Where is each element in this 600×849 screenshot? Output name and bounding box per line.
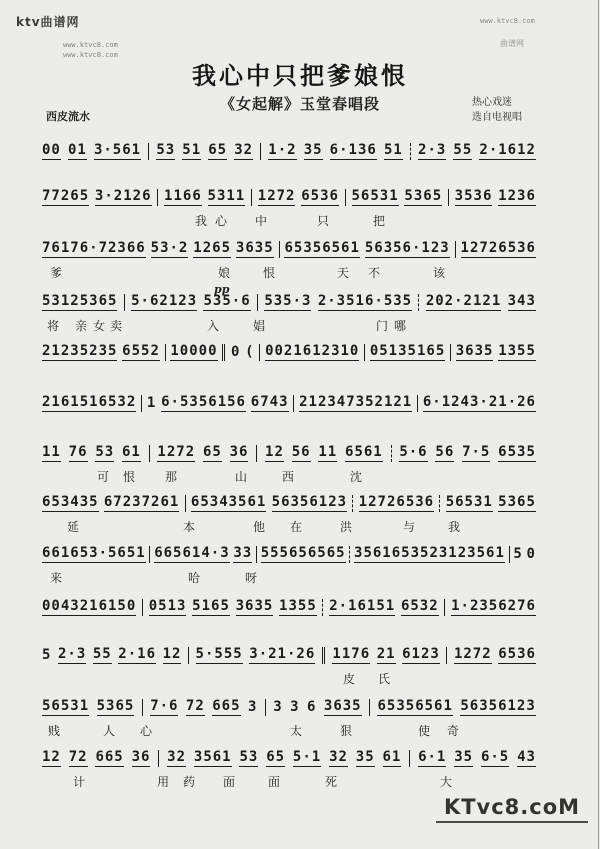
lyric-syllable: 氏 xyxy=(378,670,390,687)
lyrics-line-9: 来哈呀 xyxy=(0,569,600,585)
note-group: 1355 xyxy=(498,343,536,361)
note-group: 56 xyxy=(292,444,311,462)
note-group: 53125365 xyxy=(42,293,117,311)
lyric-syllable: 皮 xyxy=(343,670,355,687)
tempo-marking: 西皮流水 xyxy=(46,108,90,124)
note-group: 0 xyxy=(231,344,240,361)
barline xyxy=(256,445,257,462)
lyric-syllable: 西 xyxy=(282,468,294,485)
note-group: 56356123 xyxy=(460,698,535,716)
note-group: 6·5356156 xyxy=(161,394,246,412)
note-group: 1272 xyxy=(157,444,195,462)
note-group: 665 xyxy=(95,749,123,767)
barline xyxy=(345,189,346,206)
note-group: 76176·72366 xyxy=(42,240,146,258)
lyric-syllable: 药 xyxy=(183,773,195,790)
credits-block: 热心戏迷 选自电视唱 xyxy=(472,95,522,125)
lyric-syllable: 呀 xyxy=(245,569,257,586)
barline xyxy=(509,546,510,563)
barline xyxy=(185,495,186,512)
note-group: 5·555 xyxy=(196,646,243,664)
lyric-syllable: 亲 xyxy=(75,317,87,334)
note-group: 1·2 xyxy=(268,142,296,160)
note-group: 65 xyxy=(208,142,227,160)
music-line-11: 52·3552·16125·5553·21·261176216123127265… xyxy=(42,646,536,664)
barline xyxy=(450,344,451,361)
barline xyxy=(148,143,149,160)
note-group: 65356561 xyxy=(284,240,359,258)
note-group: 32 xyxy=(167,749,186,767)
barline xyxy=(251,189,252,206)
note-group: 3635 xyxy=(324,698,362,716)
barline xyxy=(417,395,418,412)
barline xyxy=(439,495,440,512)
note-group: 3 xyxy=(273,699,282,716)
music-line-4: 531253655·62123535·6535·32·3516·535202·2… xyxy=(42,293,536,311)
note-group: 6743 xyxy=(251,394,289,412)
lyric-syllable: 入 xyxy=(207,317,219,334)
lyrics-line-3: 爹娘恨天不该 xyxy=(0,264,600,280)
note-group: 05135165 xyxy=(370,343,445,361)
note-group: 2·3 xyxy=(418,142,446,160)
note-group: 56531 xyxy=(352,188,399,206)
lyric-syllable: 洪 xyxy=(340,518,352,535)
note-group: 01 xyxy=(68,142,87,160)
barline xyxy=(257,294,258,311)
note-group: 72 xyxy=(186,698,205,716)
note-group: 56356123 xyxy=(272,494,347,512)
note-group: 6536 xyxy=(498,646,536,664)
note-group: 12 xyxy=(42,749,61,767)
note-group: 5365 xyxy=(97,698,135,716)
note-group: 32 xyxy=(329,749,348,767)
lyric-syllable: 他 xyxy=(253,518,265,535)
note-group: 55 xyxy=(93,646,112,664)
note-group: 1166 xyxy=(164,188,202,206)
barline xyxy=(142,699,143,716)
lyric-syllable: 贱 xyxy=(48,722,60,739)
note-group: 65343561 xyxy=(191,494,266,512)
note-group: 3635 xyxy=(236,240,274,258)
lyric-syllable: 将 xyxy=(47,317,59,334)
note-group: 2·3 xyxy=(58,646,86,664)
note-group: 7·5 xyxy=(462,444,490,462)
lyric-syllable: 中 xyxy=(255,212,267,229)
note-group: 1176 xyxy=(332,646,370,664)
note-group: 56356·123 xyxy=(365,240,450,258)
note-group: 343 xyxy=(508,293,536,311)
lyrics-line-12: 贱人心太狠使奇 xyxy=(0,722,600,738)
note-group: 1236 xyxy=(498,188,536,206)
note-group: 3·21·26 xyxy=(249,646,315,664)
lyric-syllable: 门 xyxy=(376,317,388,334)
lyric-syllable: 只 xyxy=(317,212,329,229)
note-group: 61 xyxy=(122,444,141,462)
note-group: 35 xyxy=(304,142,323,160)
note-group: 535·3 xyxy=(264,293,311,311)
music-line-6: 216151653216·535615667432123473521216·12… xyxy=(42,394,536,412)
lyric-syllable: 该 xyxy=(433,264,445,281)
barline xyxy=(165,344,166,361)
note-group: 12726536 xyxy=(359,494,434,512)
lyric-syllable: 哪 xyxy=(394,317,406,334)
barline xyxy=(279,241,280,258)
note-group: 3561653523123561 xyxy=(354,545,505,563)
site-url-line1: www.ktvc8.com xyxy=(63,40,118,50)
lyric-syllable: 在 xyxy=(290,518,302,535)
lyric-syllable: 计 xyxy=(73,773,85,790)
note-group: 5·6 xyxy=(399,444,427,462)
note-group: 56531 xyxy=(42,698,89,716)
barline xyxy=(188,647,189,664)
note-group: 56 xyxy=(435,444,454,462)
note-group: 1 xyxy=(147,395,156,412)
note-group: 653435 xyxy=(42,494,99,512)
note-group: 661653·5651 xyxy=(42,545,146,563)
lyrics-line-8: 延本他在洪与我 xyxy=(0,518,600,534)
note-group: 6535 xyxy=(498,444,536,462)
lyrics-line-11: 皮氏 xyxy=(0,670,600,686)
lyric-syllable: 恨 xyxy=(123,468,135,485)
note-group: 5365 xyxy=(404,188,442,206)
lyric-syllable: 那 xyxy=(165,468,177,485)
music-line-13: 12726653632356153655·13235616·1356·543 xyxy=(42,749,536,767)
note-group: 0021612310 xyxy=(265,343,359,361)
note-group: 6·5 xyxy=(481,749,509,767)
note-group: 535·6 xyxy=(203,293,250,311)
note-group: 5·62123 xyxy=(131,293,197,311)
note-group: 665 xyxy=(212,698,240,716)
lyrics-line-7: 可恨那山西沈 xyxy=(0,468,600,484)
barline xyxy=(260,143,261,160)
lyric-syllable: 来 xyxy=(50,569,62,586)
barline xyxy=(369,699,370,716)
barline xyxy=(293,395,294,412)
note-group: 3635 xyxy=(456,343,494,361)
music-line-1: 00013·561535165321·2356·136512·3552·1612 xyxy=(42,142,536,160)
note-group: 6 xyxy=(307,699,316,716)
note-group: 12 xyxy=(265,444,284,462)
note-group: 35 xyxy=(454,749,473,767)
barline xyxy=(349,546,350,563)
note-group: 3 xyxy=(290,699,299,716)
barline xyxy=(157,189,158,206)
lyrics-line-13: 计用药面面死大 xyxy=(0,773,600,789)
note-group: 12726536 xyxy=(461,240,536,258)
note-group: 51 xyxy=(182,142,201,160)
lyric-syllable: 奇 xyxy=(447,722,459,739)
lyric-syllable: 我 xyxy=(448,518,460,535)
music-line-10: 004321615005135165363513552·1615165321·2… xyxy=(42,598,536,616)
lyric-syllable: 太 xyxy=(290,722,302,739)
credit-line1: 热心戏迷 xyxy=(472,95,522,110)
lyrics-line-4: 将亲女卖入娼门哪 xyxy=(0,317,600,333)
note-group: 67237261 xyxy=(104,494,179,512)
barline xyxy=(446,647,447,664)
music-line-3: 76176·7236653·2126536356535656156356·123… xyxy=(42,240,536,258)
note-group: 2·16151 xyxy=(329,598,395,616)
top-right-url-watermark: www.ktvc8.com xyxy=(480,17,535,25)
lyric-syllable: 使 xyxy=(418,722,430,739)
note-group: 3536 xyxy=(455,188,493,206)
barline xyxy=(448,189,449,206)
barline xyxy=(124,294,125,311)
lyric-syllable: 心 xyxy=(140,722,152,739)
lyric-syllable: 把 xyxy=(373,212,385,229)
lyric-syllable: 狠 xyxy=(340,722,352,739)
note-group: 33 xyxy=(233,545,252,563)
note-group: 202·2121 xyxy=(426,293,501,311)
note-group: 11 xyxy=(318,444,337,462)
lyric-syllable: 哈 xyxy=(188,569,200,586)
note-group: 65356561 xyxy=(377,698,452,716)
lyric-syllable: 我 xyxy=(195,212,207,229)
sheet-music-page: ktv曲谱网 www.ktvc8.com www.ktvc8.com www.k… xyxy=(0,0,600,849)
note-group: 665614·3 xyxy=(154,545,229,563)
note-group: ( xyxy=(245,344,254,361)
note-group: 1·2356276 xyxy=(451,598,536,616)
barline xyxy=(410,143,411,160)
lyric-syllable: 面 xyxy=(268,773,280,790)
barline xyxy=(158,750,159,767)
note-group: 5365 xyxy=(498,494,536,512)
music-line-7: 117653611272653612561165615·6567·56535 xyxy=(42,444,536,462)
note-group: 72 xyxy=(69,749,88,767)
note-group: 6561 xyxy=(345,444,383,462)
note-group: 53 xyxy=(239,749,258,767)
lyric-syllable: 不 xyxy=(368,264,380,281)
note-group: 65 xyxy=(266,749,285,767)
note-group: 00 xyxy=(42,142,61,160)
lyric-syllable: 人 xyxy=(103,722,115,739)
barline xyxy=(352,495,353,512)
music-line-5: 212352356552100000(002161231005135165363… xyxy=(42,343,536,361)
note-group: 76 xyxy=(69,444,88,462)
note-group: 2·3516·535 xyxy=(318,293,412,311)
song-title: 我心中只把爹娘恨 xyxy=(0,56,600,91)
note-group: 1272 xyxy=(258,188,296,206)
barline xyxy=(418,294,419,311)
note-group: 61 xyxy=(383,749,402,767)
note-group: 555656565 xyxy=(261,545,346,563)
lyric-syllable: 本 xyxy=(183,518,195,535)
note-group: 1265 xyxy=(193,240,231,258)
note-group: 212347352121 xyxy=(299,394,412,412)
lyrics-line-2: 我心中只把 xyxy=(0,212,600,228)
note-group: 5 xyxy=(513,546,522,563)
note-group: 2·16 xyxy=(118,646,156,664)
barline xyxy=(141,395,142,412)
note-group: 11 xyxy=(42,444,61,462)
note-group: 0 xyxy=(527,546,536,563)
music-line-9: 661653·5651665614·3335556565653561653523… xyxy=(42,545,536,563)
lyric-syllable: 可 xyxy=(97,468,109,485)
note-group: 1355 xyxy=(279,598,317,616)
site-name-watermark: ktv曲谱网 xyxy=(16,13,80,30)
note-group: 21235235 xyxy=(42,343,117,361)
note-group: 35 xyxy=(356,749,375,767)
barline xyxy=(455,241,456,258)
note-group: 6536 xyxy=(301,188,339,206)
note-group: 6·136 xyxy=(330,142,377,160)
lyric-syllable: 面 xyxy=(223,773,235,790)
note-group: 3·2126 xyxy=(95,188,152,206)
lyric-syllable: 天 xyxy=(337,264,349,281)
barline xyxy=(222,344,223,361)
note-group: 36 xyxy=(132,749,151,767)
barline xyxy=(256,546,257,563)
note-group: 43 xyxy=(517,749,536,767)
barline xyxy=(322,647,323,664)
note-group: 77265 xyxy=(42,188,89,206)
note-group: 10000 xyxy=(170,343,217,361)
music-line-12: 5653153657·67266533363635653565615635612… xyxy=(42,698,536,716)
lyric-syllable: 心 xyxy=(215,212,227,229)
note-group: 3·561 xyxy=(94,142,141,160)
note-group: 6552 xyxy=(122,343,160,361)
music-line-8: 6534356723726165343561563561231272653656… xyxy=(42,494,536,512)
note-group: 3 xyxy=(248,699,257,716)
barline xyxy=(259,344,260,361)
note-group: 2·1612 xyxy=(479,142,536,160)
note-group: 3561 xyxy=(194,749,232,767)
lyric-syllable: 延 xyxy=(67,518,79,535)
note-group: 7·6 xyxy=(150,698,178,716)
lyric-syllable: 卖 xyxy=(110,317,122,334)
lyric-syllable: 死 xyxy=(325,773,337,790)
note-group: 0513 xyxy=(149,598,187,616)
lyric-syllable: 用 xyxy=(157,773,169,790)
note-group: 56531 xyxy=(446,494,493,512)
barline xyxy=(322,599,323,616)
lyric-syllable: 沈 xyxy=(350,468,362,485)
note-group: 65 xyxy=(203,444,222,462)
credit-line2: 选自电视唱 xyxy=(472,110,522,125)
lyric-syllable: 大 xyxy=(440,773,452,790)
lyric-syllable: 爹 xyxy=(50,264,62,281)
lyric-syllable: 与 xyxy=(403,518,415,535)
note-group: 21 xyxy=(377,646,396,664)
note-group: 53 xyxy=(156,142,175,160)
ktvc8-logo: KTvc8.coM xyxy=(436,795,588,823)
note-group: 5·1 xyxy=(293,749,321,767)
note-group: 3635 xyxy=(236,598,274,616)
note-group: 5165 xyxy=(192,598,230,616)
lyric-syllable: 恨 xyxy=(263,264,275,281)
note-group: 51 xyxy=(384,142,403,160)
note-group: 6123 xyxy=(402,646,440,664)
barline xyxy=(142,599,143,616)
note-group: 5 xyxy=(42,647,51,664)
note-group: 5311 xyxy=(208,188,246,206)
note-group: 12 xyxy=(163,646,182,664)
barline xyxy=(391,445,392,462)
lyric-syllable: 山 xyxy=(235,468,247,485)
note-group: 55 xyxy=(453,142,472,160)
barline xyxy=(409,750,410,767)
music-line-2: 772653·212611665311127265365653153653536… xyxy=(42,188,536,206)
note-group: 53·2 xyxy=(151,240,189,258)
barline xyxy=(444,599,445,616)
barline xyxy=(364,344,365,361)
note-group: 0043216150 xyxy=(42,598,136,616)
note-group: 1272 xyxy=(454,646,492,664)
lyric-syllable: 娼 xyxy=(253,317,265,334)
note-group: 36 xyxy=(230,444,249,462)
note-group: 6·1 xyxy=(418,749,446,767)
note-group: 53 xyxy=(95,444,114,462)
lyric-syllable: 娘 xyxy=(218,264,230,281)
barline xyxy=(149,546,150,563)
note-group: 6532 xyxy=(401,598,439,616)
barline xyxy=(265,699,266,716)
barline xyxy=(149,445,150,462)
note-group: 32 xyxy=(234,142,253,160)
note-group: 2161516532 xyxy=(42,394,136,412)
top-right-sub-watermark: 曲谱网 xyxy=(500,38,524,49)
lyric-syllable: 女 xyxy=(93,317,105,334)
note-group: 6·1243·21·26 xyxy=(423,394,536,412)
